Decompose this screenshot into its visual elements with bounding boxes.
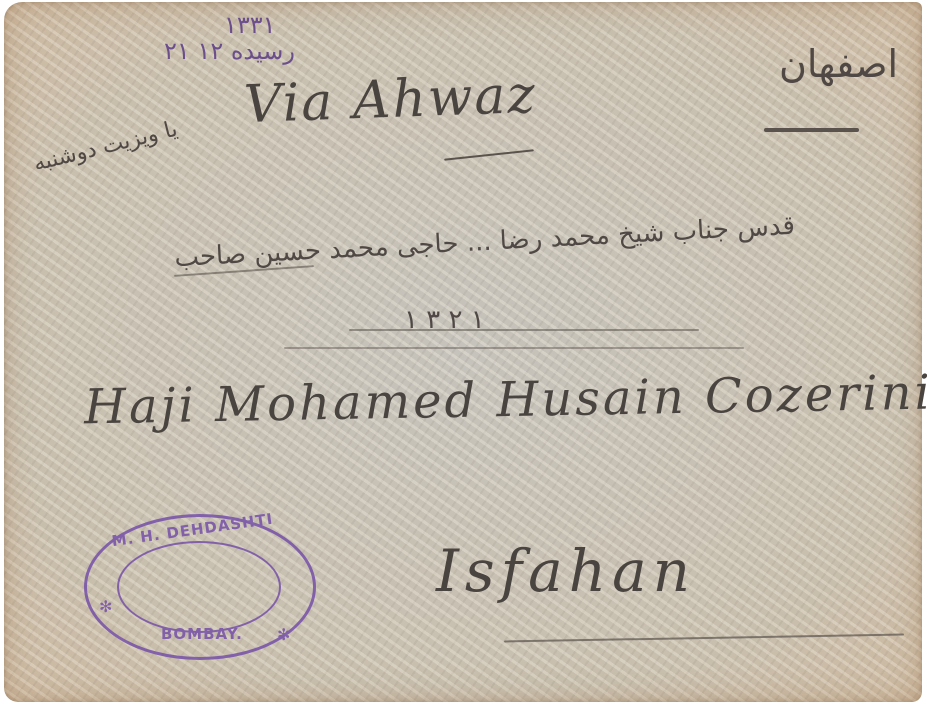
persian-side-note: یا ویزیت دوشنبه: [31, 117, 180, 177]
stamp-inner-ring: [117, 541, 281, 633]
date-line-1: ١٣٣١: [164, 12, 295, 38]
stamp-ornament-right-icon: ✻: [277, 625, 290, 645]
persian-address: قدس جناب شیخ محمد رضا ... حاجی محمد حسین…: [174, 211, 796, 273]
addressee-name: Haji Mohamed Husain Cozerini: [84, 365, 927, 436]
routing-underline: [444, 149, 534, 160]
destination-city: Isfahan: [436, 537, 696, 605]
sender-stamp: M. H. DEHDASHTI BOMBAY. ✻ ✻: [84, 514, 316, 660]
top-left-date-numbers: ١٣٣١ رسیده ١٢ ٢١: [164, 12, 295, 64]
numbers-underline-2: [284, 347, 744, 349]
stamp-city: BOMBAY.: [161, 625, 243, 643]
top-right-underline: [764, 128, 859, 132]
envelope: ١٣٣١ رسیده ١٢ ٢١ یا ویزیت دوشنبه Via Ahw…: [4, 2, 922, 702]
routing-note: Via Ahwaz: [243, 65, 538, 135]
top-right-mark: اصفهان: [779, 42, 898, 86]
city-underline: [504, 634, 904, 643]
date-line-2: رسیده ١٢ ٢١: [164, 38, 295, 64]
stamp-ornament-left-icon: ✻: [99, 597, 112, 617]
numbers-underline-1: [349, 329, 699, 331]
